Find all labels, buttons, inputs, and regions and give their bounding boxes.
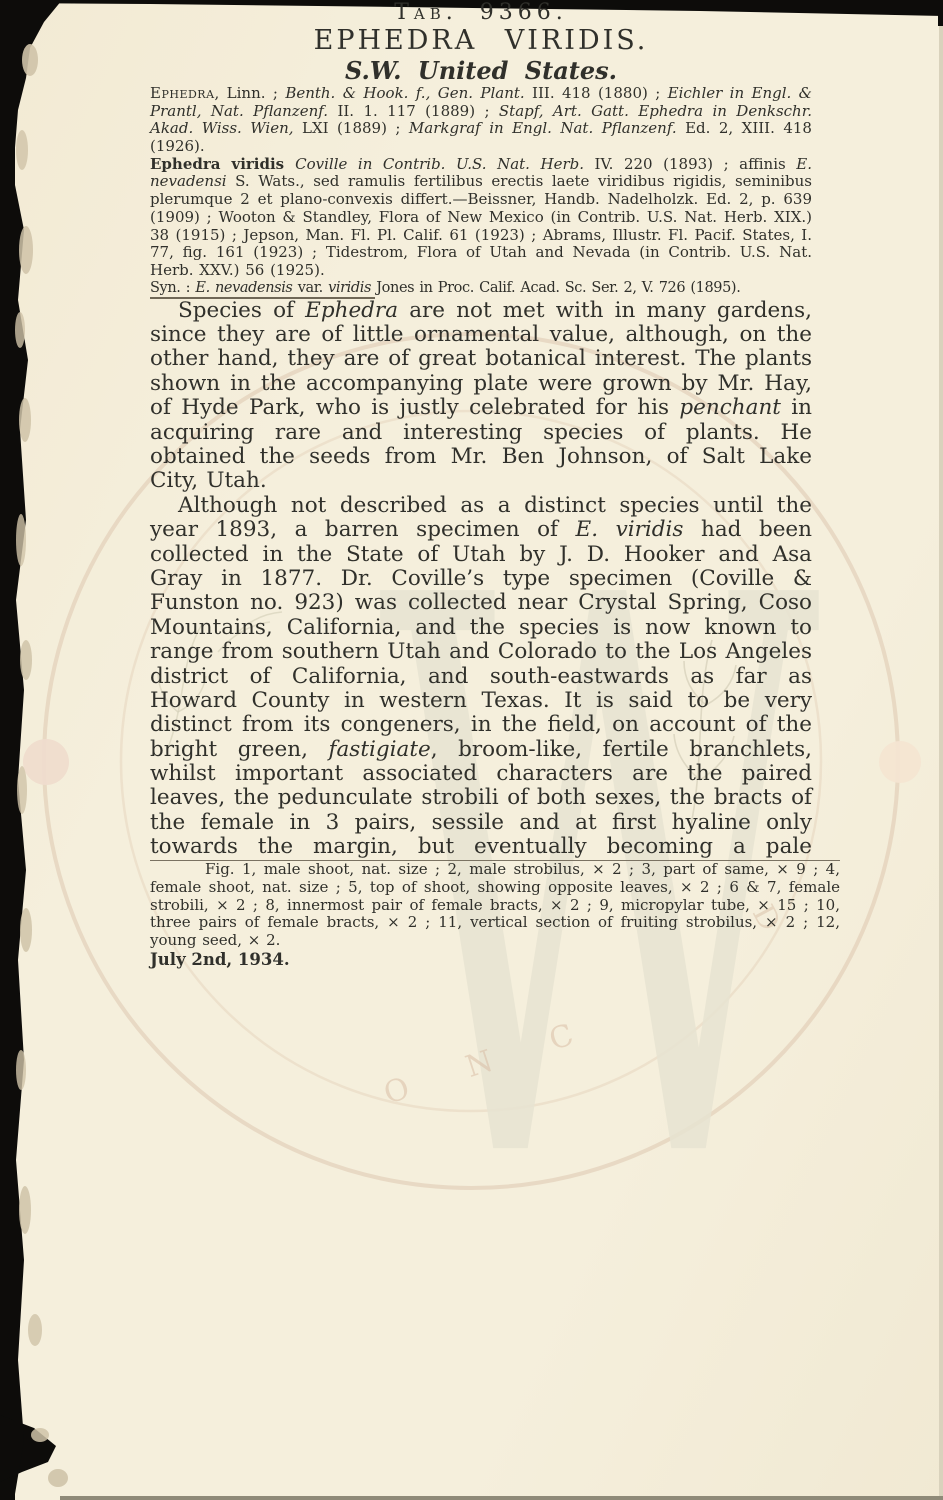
torn-notch-bottom-left	[0, 1415, 56, 1482]
page-content: Tab. 9366. EPHEDRA VIRIDIS. S.W. United …	[150, 0, 812, 969]
plate-region: S.W. United States.	[150, 56, 812, 85]
synonym-line: Syn. : E. nevadensis var. viridis Jones …	[150, 280, 812, 297]
genus-citation: Ephedra, Linn. ; Benth. & Hook. f., Gen.…	[150, 85, 812, 156]
scanned-page: W O N C D	[0, 0, 943, 1500]
plate-title: EPHEDRA VIRIDIS.	[150, 25, 812, 56]
torn-edge-left	[0, 0, 15, 1500]
page-edge-right	[939, 26, 943, 1500]
watermark-left-dot	[23, 739, 69, 785]
watermark-right-dot	[879, 741, 921, 783]
torn-corner-top-left	[0, 0, 62, 170]
figure-legend: Fig. 1, male shoot, nat. size ; 2, male …	[150, 861, 840, 949]
body-paragraph-1: Species of Ephedra are not met with in m…	[150, 299, 812, 494]
publication-date: July 2nd, 1934.	[150, 950, 812, 969]
plate-number: Tab. 9366.	[150, 0, 812, 25]
torn-corner-top-right	[938, 0, 943, 26]
torn-edge-left-ragged	[14, 180, 28, 1500]
page-edge-bottom	[60, 1496, 943, 1500]
species-citation: Ephedra viridis Coville in Contrib. U.S.…	[150, 156, 812, 280]
body-paragraph-2: Although not described as a distinct spe…	[150, 494, 812, 860]
